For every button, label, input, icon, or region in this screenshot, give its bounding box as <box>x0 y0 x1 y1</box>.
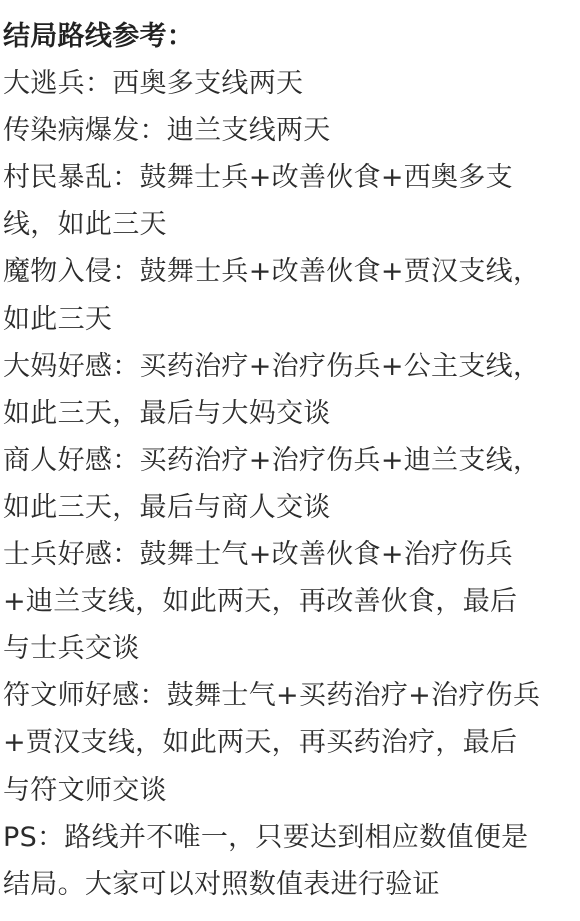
ending-line-runemaster-affection-cont1: +贾汉支线，如此两天，再买药治疗，最后 <box>3 719 575 766</box>
ending-line-plague-outbreak: 传染病爆发：迪兰支线两天 <box>3 107 575 154</box>
ending-line-villager-riot: 村民暴乱：鼓舞士兵+改善伙食+西奥多支 <box>3 154 575 201</box>
ending-line-soldier-affection: 士兵好感：鼓舞士气+改善伙食+治疗伤兵 <box>3 531 575 578</box>
ending-line-merchant-affection: 商人好感：买药治疗+治疗伤兵+迪兰支线， <box>3 437 575 484</box>
ending-line-merchant-affection-cont: 如此三天，最后与商人交谈 <box>3 484 575 531</box>
ending-line-villager-riot-cont: 线，如此三天 <box>3 201 575 248</box>
ending-line-deserter: 大逃兵：西奥多支线两天 <box>3 60 575 107</box>
ps-note-line-cont: 结局。大家可以对照数值表进行验证 <box>3 861 575 908</box>
ending-line-auntie-affection: 大妈好感：买药治疗+治疗伤兵+公主支线， <box>3 343 575 390</box>
ending-line-monster-invasion-cont: 如此三天 <box>3 296 575 343</box>
ending-line-soldier-affection-cont2: 与士兵交谈 <box>3 625 575 672</box>
ending-line-soldier-affection-cont1: +迪兰支线，如此两天，再改善伙食，最后 <box>3 578 575 625</box>
ending-line-auntie-affection-cont: 如此三天，最后与大妈交谈 <box>3 390 575 437</box>
ending-routes-document: 结局路线参考： 大逃兵：西奥多支线两天 传染病爆发：迪兰支线两天 村民暴乱：鼓舞… <box>3 13 575 908</box>
document-title: 结局路线参考： <box>3 13 575 60</box>
ending-line-runemaster-affection: 符文师好感：鼓舞士气+买药治疗+治疗伤兵 <box>3 672 575 719</box>
ending-line-monster-invasion: 魔物入侵：鼓舞士兵+改善伙食+贾汉支线， <box>3 248 575 295</box>
ending-line-runemaster-affection-cont2: 与符文师交谈 <box>3 767 575 814</box>
ps-note-line: PS：路线并不唯一，只要达到相应数值便是 <box>3 814 575 861</box>
